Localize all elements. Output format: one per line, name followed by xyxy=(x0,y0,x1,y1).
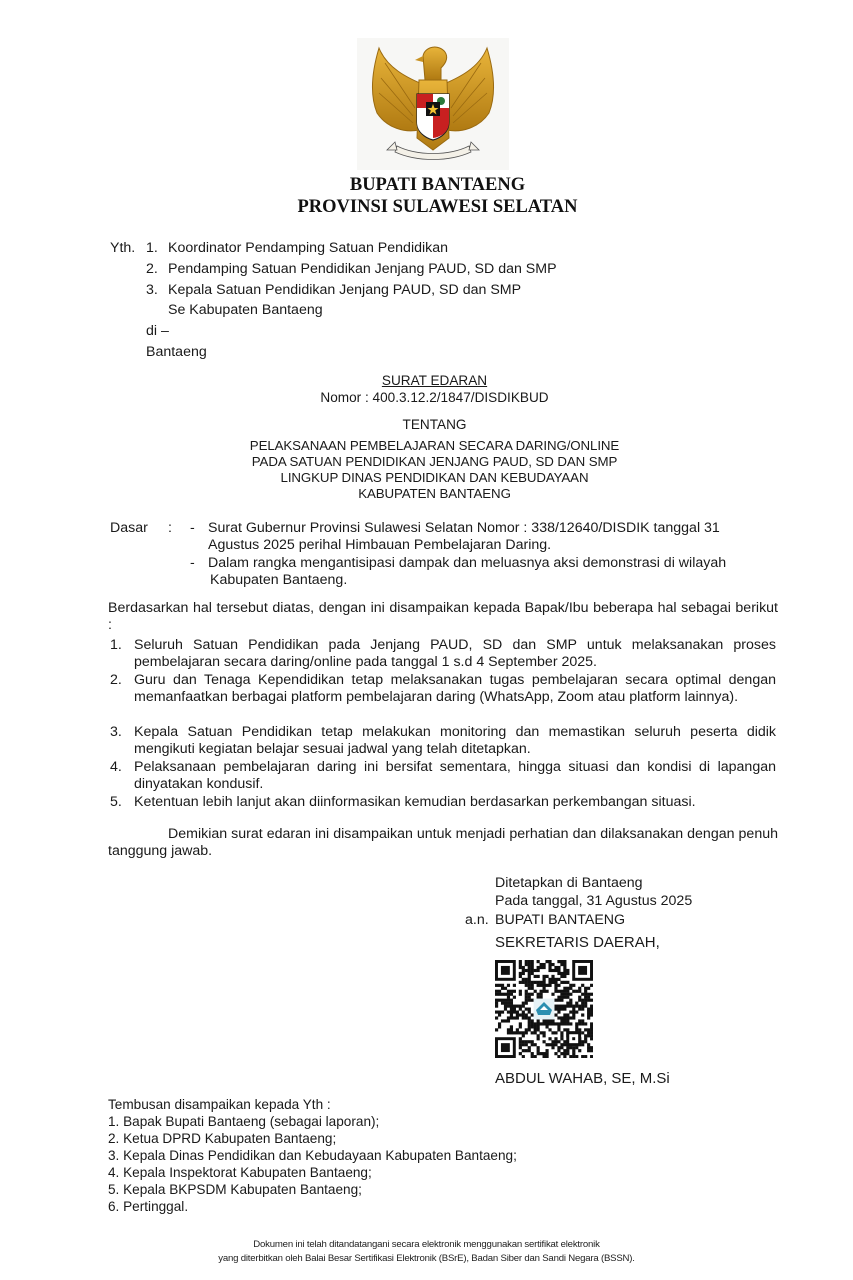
recipient-di: di – xyxy=(146,323,169,340)
body-intro: Berdasarkan hal tersebut diatas, dengan … xyxy=(108,600,778,634)
recipient-label: Yth. xyxy=(110,240,135,257)
basis-colon: : xyxy=(168,520,172,537)
point-text: Ketentuan lebih lanjut akan diinformasik… xyxy=(134,794,776,811)
qr-code-icon xyxy=(495,960,593,1058)
signature-on-behalf: BUPATI BANTAENG xyxy=(495,912,625,929)
signature-position: SEKRETARIS DAERAH, xyxy=(495,934,660,951)
recipient-item: 1.Koordinator Pendamping Satuan Pendidik… xyxy=(146,240,448,257)
document-type: SURAT EDARAN xyxy=(8,372,853,389)
cc-item: 4. Kepala Inspektorat Kabupaten Bantaeng… xyxy=(108,1165,372,1181)
cc-title: Tembusan disampaikan kepada Yth : xyxy=(108,1097,331,1113)
basis-bullet: - xyxy=(190,555,195,572)
recipient-place: Bantaeng xyxy=(146,344,207,361)
point-number: 5. xyxy=(110,794,122,811)
document-subject-line: KABUPATEN BANTAENG xyxy=(8,485,853,502)
body-closing: Demikian surat edaran ini disampaikan un… xyxy=(108,826,778,860)
cc-item: 1. Bapak Bupati Bantaeng (sebagai lapora… xyxy=(108,1114,379,1130)
recipient-item: 3.Kepala Satuan Pendidikan Jenjang PAUD,… xyxy=(146,282,521,299)
document-subject-line: LINGKUP DINAS PENDIDIKAN DAN KEBUDAYAAN xyxy=(8,469,853,486)
point-number: 4. xyxy=(110,759,122,776)
cc-item: 6. Pertinggal. xyxy=(108,1199,188,1215)
point-text: Seluruh Satuan Pendidikan pada Jenjang P… xyxy=(134,637,776,671)
document-subject-line: PELAKSANAAN PEMBELAJARAN SECARA DARING/O… xyxy=(8,437,853,454)
point-number: 3. xyxy=(110,724,122,741)
recipient-item: 2.Pendamping Satuan Pendidikan Jenjang P… xyxy=(146,261,557,278)
signatory-name: ABDUL WAHAB, SE, M.Si xyxy=(495,1070,670,1087)
document-about-label: TENTANG xyxy=(8,416,853,433)
cc-item: 5. Kepala BKPSDM Kabupaten Bantaeng; xyxy=(108,1182,362,1198)
basis-item-line: Kabupaten Bantaeng. xyxy=(210,572,780,589)
letterhead-subtitle: PROVINSI SULAWESI SELATAN xyxy=(11,199,853,216)
document-number: Nomor : 400.3.12.2/1847/DISDIKBUD xyxy=(8,389,853,406)
basis-label: Dasar xyxy=(110,520,148,537)
point-text: Kepala Satuan Pendidikan tetap melakukan… xyxy=(134,724,776,758)
garuda-emblem-icon xyxy=(357,38,509,170)
point-number: 2. xyxy=(110,672,122,689)
basis-item-line: Dalam rangka mengantisipasi dampak dan m… xyxy=(208,555,778,572)
point-text: Guru dan Tenaga Kependidikan tetap melak… xyxy=(134,672,776,706)
basis-item-line: Agustus 2025 perihal Himbauan Pembelajar… xyxy=(208,537,778,554)
signature-date: Pada tanggal, 31 Agustus 2025 xyxy=(495,893,692,910)
basis-item-line: Surat Gubernur Provinsi Sulawesi Selatan… xyxy=(208,520,778,537)
recipient-scope: Se Kabupaten Bantaeng xyxy=(168,302,323,319)
document-subject-line: PADA SATUAN PENDIDIKAN JENJANG PAUD, SD … xyxy=(8,453,853,470)
cc-item: 2. Ketua DPRD Kabupaten Bantaeng; xyxy=(108,1131,336,1147)
point-number: 1. xyxy=(110,637,122,654)
cc-item: 3. Kepala Dinas Pendidikan dan Kebudayaa… xyxy=(108,1148,517,1164)
signature-an-prefix: a.n. xyxy=(465,912,489,929)
point-text: Pelaksanaan pembelajaran daring ini bers… xyxy=(134,759,776,793)
footer-esign-note: yang diterbitkan oleh Balai Besar Sertif… xyxy=(0,1250,853,1267)
basis-bullet: - xyxy=(190,520,195,537)
signature-place: Ditetapkan di Bantaeng xyxy=(495,875,643,892)
letterhead-title: BUPATI BANTAENG xyxy=(11,177,853,194)
